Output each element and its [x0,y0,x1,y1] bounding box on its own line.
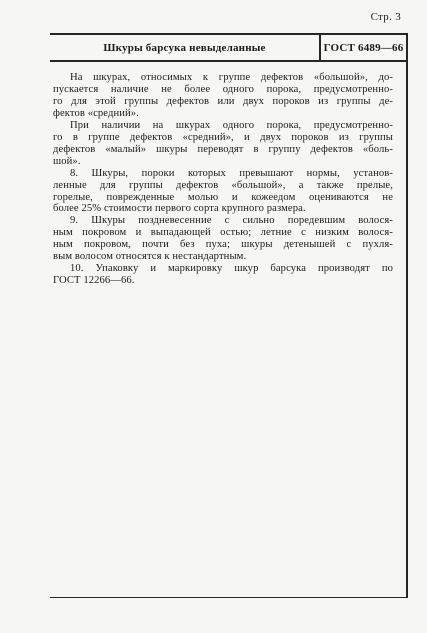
text-line: горелые, поврежденные молью и кожеедом о… [53,192,393,204]
text-line: ным покровом, почти без пуха; шкуры дете… [53,239,393,251]
text-line: На шкурах, относимых к группе дефектов «… [53,72,393,84]
scanned-page: Стр. 3 Шкуры барсука невыделанные ГОСТ 6… [0,0,427,633]
text-line: шой». [53,156,393,168]
text-line: 8. Шкуры, пороки которых превышают нормы… [53,168,393,180]
text-line: го для этой группы дефектов или двух пор… [53,96,393,108]
text-line: вым волосом относятся к нестандартным. [53,251,393,263]
text-line: пускается наличие не более одного порока… [53,84,393,96]
text-line: ным покровом и выпадающей остью; летние … [53,227,393,239]
gost-number: ГОСТ 6489—66 [321,35,406,60]
page-number: Стр. 3 [371,11,401,23]
document-title: Шкуры барсука невыделанные [50,35,321,60]
text-line: более 25% стоимости первого сорта крупно… [53,203,393,215]
text-line: ГОСТ 12266—66. [53,275,393,287]
text-line: дефектов «малый» шкуры переводят в групп… [53,144,393,156]
document-body: На шкурах, относимых к группе дефектов «… [53,72,393,287]
text-line: 10. Упаковку и маркировку шкур барсука п… [53,263,393,275]
text-line: ленные для группы дефектов «большой», а … [53,180,393,192]
text-line: фектов «средний». [53,108,393,120]
text-line: 9. Шкуры поздневесенние с сильно поредев… [53,215,393,227]
document-header: Шкуры барсука невыделанные ГОСТ 6489—66 [50,33,406,62]
text-line: При наличии на шкурах одного порока, пре… [53,120,393,132]
text-line: го в группе дефектов «средний», и двух п… [53,132,393,144]
